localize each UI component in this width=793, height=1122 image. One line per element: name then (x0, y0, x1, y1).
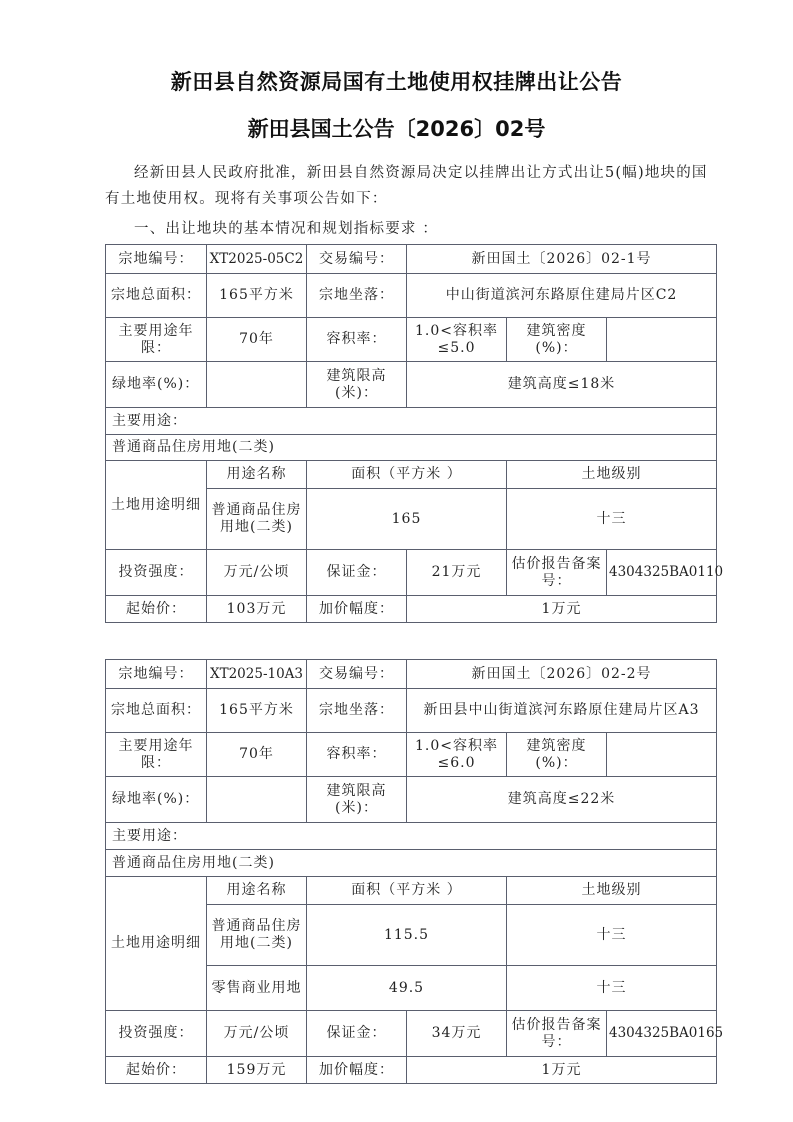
table-row: 宗地总面积： 165平方米 宗地坐落： 新田县中山街道滨河东路原住建局片区A3 (106, 689, 717, 733)
header-use-name: 用途名称 (207, 877, 307, 905)
deposit-value: 21万元 (407, 550, 507, 596)
location-value: 新田县中山街道滨河东路原住建局片区A3 (407, 689, 717, 733)
parcel-table-1: 宗地编号： XT2025-05C2 交易编号： 新田国土〔2026〕02-1号 … (105, 244, 717, 623)
table-row: 宗地总面积： 165平方米 宗地坐落： 中山街道滨河东路原住建局片区C2 (106, 274, 717, 318)
parcel-no-value: XT2025-05C2 (207, 245, 307, 274)
investment-value: 万元/公顷 (207, 1011, 307, 1057)
label-use-term: 主要用途年限： (106, 733, 207, 777)
label-starting-price: 起始价： (106, 1057, 207, 1084)
label-appraisal-no: 估价报告备案号： (507, 1011, 607, 1057)
header-use-name: 用途名称 (207, 461, 307, 489)
investment-value: 万元/公顷 (207, 550, 307, 596)
label-trade-no: 交易编号： (307, 245, 407, 274)
main-use-value: 普通商品住房用地(二类) (106, 435, 717, 461)
header-area: 面积（平方米 ） (307, 461, 507, 489)
label-total-area: 宗地总面积： (106, 274, 207, 318)
label-green-ratio: 绿地率(%)： (106, 362, 207, 408)
use-name-value: 普通商品住房用地(二类) (207, 489, 307, 550)
parcel-no-value: XT2025-10A3 (207, 660, 307, 689)
label-bid-increment: 加价幅度： (307, 596, 407, 623)
use-grade-value: 十三 (507, 489, 717, 550)
deposit-value: 34万元 (407, 1011, 507, 1057)
label-parcel-no: 宗地编号： (106, 660, 207, 689)
table-row: 普通商品住房用地(二类) (106, 850, 717, 877)
trade-no-value: 新田国土〔2026〕02-1号 (407, 245, 717, 274)
starting-price-value: 159万元 (207, 1057, 307, 1084)
label-deposit: 保证金： (307, 1011, 407, 1057)
building-density-value (607, 318, 717, 362)
total-area-value: 165平方米 (207, 689, 307, 733)
label-total-area: 宗地总面积： (106, 689, 207, 733)
green-ratio-value (207, 362, 307, 408)
height-limit-value: 建筑高度≤18米 (407, 362, 717, 408)
table-row: 土地用途明细 用途名称 面积（平方米 ） 土地级别 (106, 877, 717, 905)
plot-ratio-value: 1.0<容积率≤5.0 (407, 318, 507, 362)
label-height-limit: 建筑限高(米)： (307, 362, 407, 408)
document-title: 新田县自然资源局国有土地使用权挂牌出让公告 (0, 66, 793, 96)
table-row: 主要用途： (106, 408, 717, 435)
use-name-value: 普通商品住房用地(二类) (207, 905, 307, 966)
height-limit-value: 建筑高度≤22米 (407, 777, 717, 823)
main-use-value: 普通商品住房用地(二类) (106, 850, 717, 877)
use-area-value: 49.5 (307, 966, 507, 1011)
table-row: 普通商品住房用地(二类) (106, 435, 717, 461)
label-deposit: 保证金： (307, 550, 407, 596)
label-investment: 投资强度： (106, 550, 207, 596)
label-building-density: 建筑密度(%)： (507, 318, 607, 362)
table-row: 绿地率(%)： 建筑限高(米)： 建筑高度≤18米 (106, 362, 717, 408)
header-land-grade: 土地级别 (507, 461, 717, 489)
table-row: 起始价： 103万元 加价幅度： 1万元 (106, 596, 717, 623)
label-use-term: 主要用途年限： (106, 318, 207, 362)
appraisal-no-value: 4304325BA0165 (607, 1011, 717, 1057)
use-grade-value: 十三 (507, 966, 717, 1011)
label-parcel-no: 宗地编号： (106, 245, 207, 274)
bid-increment-value: 1万元 (407, 596, 717, 623)
appraisal-no-value: 4304325BA0110 (607, 550, 717, 596)
table-row: 主要用途年限： 70年 容积率： 1.0<容积率≤6.0 建筑密度(%)： (106, 733, 717, 777)
table-row: 宗地编号： XT2025-10A3 交易编号： 新田国土〔2026〕02-2号 (106, 660, 717, 689)
location-value: 中山街道滨河东路原住建局片区C2 (407, 274, 717, 318)
table-row: 主要用途年限： 70年 容积率： 1.0<容积率≤5.0 建筑密度(%)： (106, 318, 717, 362)
use-term-value: 70年 (207, 733, 307, 777)
use-grade-value: 十三 (507, 905, 717, 966)
label-plot-ratio: 容积率： (307, 318, 407, 362)
label-appraisal-no: 估价报告备案号： (507, 550, 607, 596)
table-row: 绿地率(%)： 建筑限高(米)： 建筑高度≤22米 (106, 777, 717, 823)
label-building-density: 建筑密度(%)： (507, 733, 607, 777)
use-term-value: 70年 (207, 318, 307, 362)
label-plot-ratio: 容积率： (307, 733, 407, 777)
intro-paragraph: 经新田县人民政府批准，新田县自然资源局决定以挂牌出让方式出让5(幅)地块的国有土… (105, 160, 715, 212)
label-green-ratio: 绿地率(%)： (106, 777, 207, 823)
label-use-detail: 土地用途明细 (106, 877, 207, 1011)
label-use-detail: 土地用途明细 (106, 461, 207, 550)
section-heading: 一、出让地块的基本情况和规划指标要求 ： (134, 216, 744, 242)
total-area-value: 165平方米 (207, 274, 307, 318)
label-starting-price: 起始价： (106, 596, 207, 623)
label-bid-increment: 加价幅度： (307, 1057, 407, 1084)
label-height-limit: 建筑限高(米)： (307, 777, 407, 823)
label-location: 宗地坐落： (307, 689, 407, 733)
label-main-use: 主要用途： (106, 408, 717, 435)
plot-ratio-value: 1.0<容积率≤6.0 (407, 733, 507, 777)
label-trade-no: 交易编号： (307, 660, 407, 689)
header-area: 面积（平方米 ） (307, 877, 507, 905)
use-name-value: 零售商业用地 (207, 966, 307, 1011)
table-row: 起始价： 159万元 加价幅度： 1万元 (106, 1057, 717, 1084)
trade-no-value: 新田国土〔2026〕02-2号 (407, 660, 717, 689)
starting-price-value: 103万元 (207, 596, 307, 623)
bid-increment-value: 1万元 (407, 1057, 717, 1084)
parcel-table-2: 宗地编号： XT2025-10A3 交易编号： 新田国土〔2026〕02-2号 … (105, 659, 717, 1084)
use-area-value: 165 (307, 489, 507, 550)
table-row: 主要用途： (106, 823, 717, 850)
label-main-use: 主要用途： (106, 823, 717, 850)
table-row: 土地用途明细 用途名称 面积（平方米 ） 土地级别 (106, 461, 717, 489)
label-location: 宗地坐落： (307, 274, 407, 318)
header-land-grade: 土地级别 (507, 877, 717, 905)
table-row: 投资强度： 万元/公顷 保证金： 21万元 估价报告备案号： 4304325BA… (106, 550, 717, 596)
document-number: 新田县国土公告〔2026〕02号 (0, 113, 793, 143)
green-ratio-value (207, 777, 307, 823)
label-investment: 投资强度： (106, 1011, 207, 1057)
building-density-value (607, 733, 717, 777)
table-row: 投资强度： 万元/公顷 保证金： 34万元 估价报告备案号： 4304325BA… (106, 1011, 717, 1057)
table-row: 宗地编号： XT2025-05C2 交易编号： 新田国土〔2026〕02-1号 (106, 245, 717, 274)
use-area-value: 115.5 (307, 905, 507, 966)
